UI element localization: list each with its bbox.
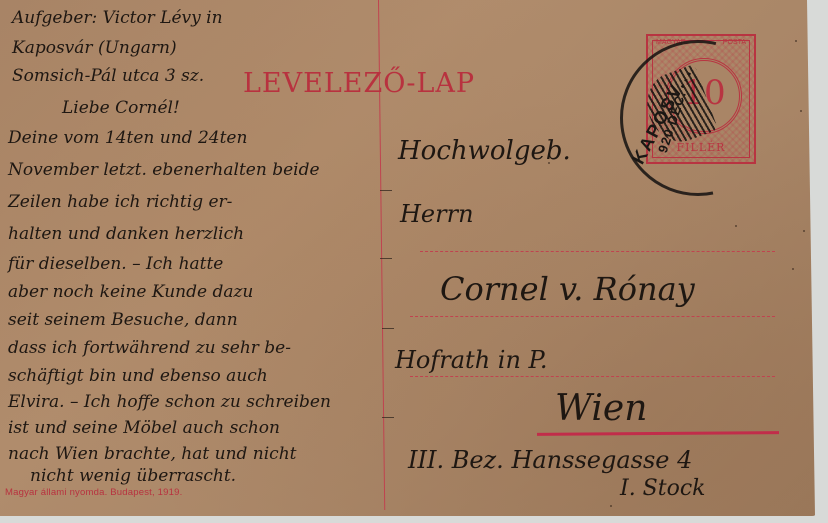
address-line-1 xyxy=(420,251,775,252)
recipient-city: Wien xyxy=(555,388,647,429)
recipient-street: III. Bez. Hanssegasse 4 xyxy=(408,446,692,474)
divider-tick xyxy=(380,258,392,259)
message-line: halten und danken herzlich xyxy=(8,224,244,244)
message-line: nicht wenig überrascht. xyxy=(30,466,236,486)
card-title: LEVELEZŐ-LAP xyxy=(243,68,475,99)
message-line: aber noch keine Kunde dazu xyxy=(8,282,253,302)
divider-tick xyxy=(380,190,392,191)
recipient-name: Cornel v. Rónay xyxy=(440,270,695,308)
divider-tick xyxy=(382,417,394,418)
message-line: Deine vom 14ten und 24ten xyxy=(8,128,247,148)
message-line: Zeilen habe ich richtig er- xyxy=(8,192,232,212)
recipient-floor: I. Stock xyxy=(620,476,706,501)
printer-imprint: Magyar állami nyomda. Budapest, 1919. xyxy=(5,487,182,498)
postcard: LEVELEZŐ-LAP MAGYAR POSTA 10 FILLÉR KAPO… xyxy=(0,0,818,516)
divider-tick xyxy=(382,328,394,329)
address-line-3 xyxy=(410,376,775,377)
stamp-posta: POSTA xyxy=(723,39,746,46)
recipient-salutation: Hochwolgeb. xyxy=(398,136,571,166)
message-line: nach Wien brachte, hat und nicht xyxy=(8,444,297,464)
paper-speck xyxy=(735,225,737,227)
scanned-postcard: LEVELEZŐ-LAP MAGYAR POSTA 10 FILLÉR KAPO… xyxy=(0,0,828,523)
message-greeting: Liebe Cornél! xyxy=(62,98,180,118)
address-line-2 xyxy=(410,316,775,317)
sender-line: Somsich-Pál utca 3 sz. xyxy=(12,66,204,86)
recipient-position: Hofrath in P. xyxy=(395,346,547,374)
message-line: November letzt. ebenerhalten beide xyxy=(8,160,320,180)
sender-line: Kaposvár (Ungarn) xyxy=(12,38,177,58)
message-line: Elvira. – Ich hoffe schon zu schreiben xyxy=(8,392,331,412)
paper-speck xyxy=(792,268,794,270)
message-line: schäftigt bin und ebenso auch xyxy=(8,366,268,386)
message-line: dass ich fortwährend zu sehr be- xyxy=(8,338,291,358)
message-line: ist und seine Möbel auch schon xyxy=(8,418,280,438)
paper-speck xyxy=(803,230,805,232)
paper-speck xyxy=(795,40,797,42)
recipient-title: Herrn xyxy=(400,200,474,228)
paper-speck xyxy=(610,505,612,507)
message-line: seit seinem Besuche, dann xyxy=(8,310,238,330)
paper-speck xyxy=(800,110,802,112)
city-underline xyxy=(537,431,779,436)
message-line: für dieselben. – Ich hatte xyxy=(8,254,223,274)
sender-line: Aufgeber: Victor Lévy in xyxy=(12,8,223,28)
